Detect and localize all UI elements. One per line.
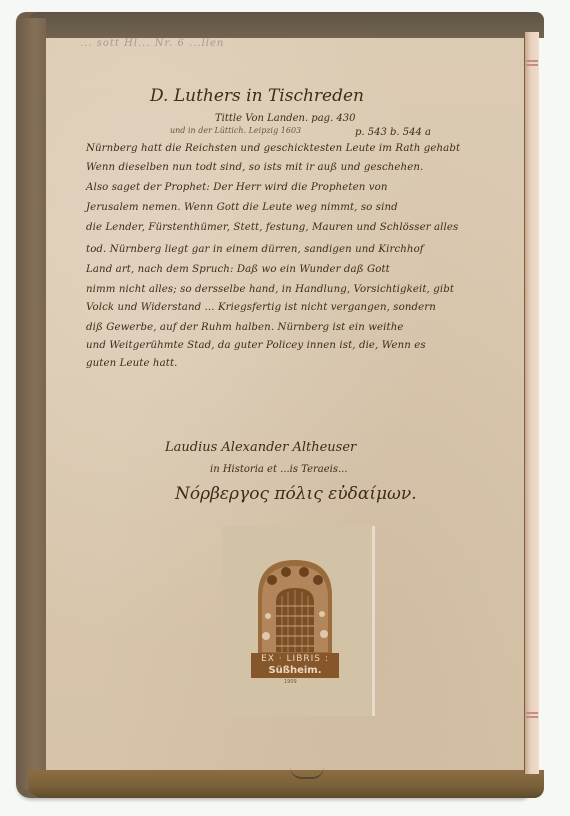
cover-top-edge bbox=[28, 12, 544, 38]
manuscript-subheading: Tittle Von Landen. pag. 430 bbox=[215, 113, 356, 124]
bookplate-ex-libris: EX · LIBRIS : bbox=[251, 654, 339, 665]
page-edge-mark bbox=[526, 60, 538, 62]
owner-inscription-sub: in Historia et ...is Teraeis... bbox=[210, 464, 348, 475]
manuscript-line: diß Gewerbe, auf der Ruhm halben. Nürnbe… bbox=[86, 322, 404, 333]
manuscript-line: guten Leute hatt. bbox=[86, 358, 177, 369]
manuscript-line: Wenn dieselben nun todt sind, so ists mi… bbox=[86, 162, 423, 173]
bookplate-owner: Süßheim. bbox=[251, 665, 339, 676]
manuscript-line: Nürnberg hatt die Reichsten und geschick… bbox=[86, 143, 460, 154]
manuscript-line: die Lender, Fürstenthümer, Stett, festun… bbox=[86, 222, 458, 233]
manuscript-line: Jerusalem nemen. Wenn Gott die Leute weg… bbox=[86, 202, 398, 213]
manuscript-line: Volck und Widerstand ... Kriegsfertig is… bbox=[86, 302, 436, 313]
cover-left-edge bbox=[16, 18, 46, 790]
manuscript-line: tod. Nürnberg liegt gar in einem dürren,… bbox=[86, 244, 424, 255]
greek-motto: Νόρβεργος πόλις εὐδαίμων. bbox=[175, 484, 417, 504]
cover-bottom-edge bbox=[28, 770, 544, 798]
page-edge-mark bbox=[526, 64, 538, 66]
manuscript-subheading-note: und in der Lüttich. Leipzig 1603 bbox=[170, 126, 301, 135]
bookplate-label: EX · LIBRIS : Süßheim. bbox=[251, 653, 339, 678]
bookplate-gate-illustration-icon bbox=[252, 556, 338, 668]
pencil-note: ... sott Hl... Nr. 6 ...llen bbox=[80, 38, 224, 49]
page-reference: p. 543 b. 544 a bbox=[355, 127, 431, 138]
owner-inscription: Laudius Alexander Altheuser bbox=[165, 440, 356, 455]
bookplate-year: 1909 bbox=[284, 679, 297, 685]
manuscript-line: Also saget der Prophet: Der Herr wird di… bbox=[86, 182, 387, 193]
page-edges bbox=[524, 32, 539, 774]
manuscript-line: nimm nicht alles; so dersselbe hand, in … bbox=[86, 284, 454, 295]
manuscript-line: und Weitgerühmte Stad, da guter Policey … bbox=[86, 340, 426, 351]
page-edge-mark bbox=[526, 712, 538, 714]
page-edge-mark bbox=[526, 716, 538, 718]
manuscript-heading: D. Luthers in Tischreden bbox=[150, 86, 364, 106]
manuscript-line: Land art, nach dem Spruch: Daß wo ein Wu… bbox=[86, 264, 390, 275]
